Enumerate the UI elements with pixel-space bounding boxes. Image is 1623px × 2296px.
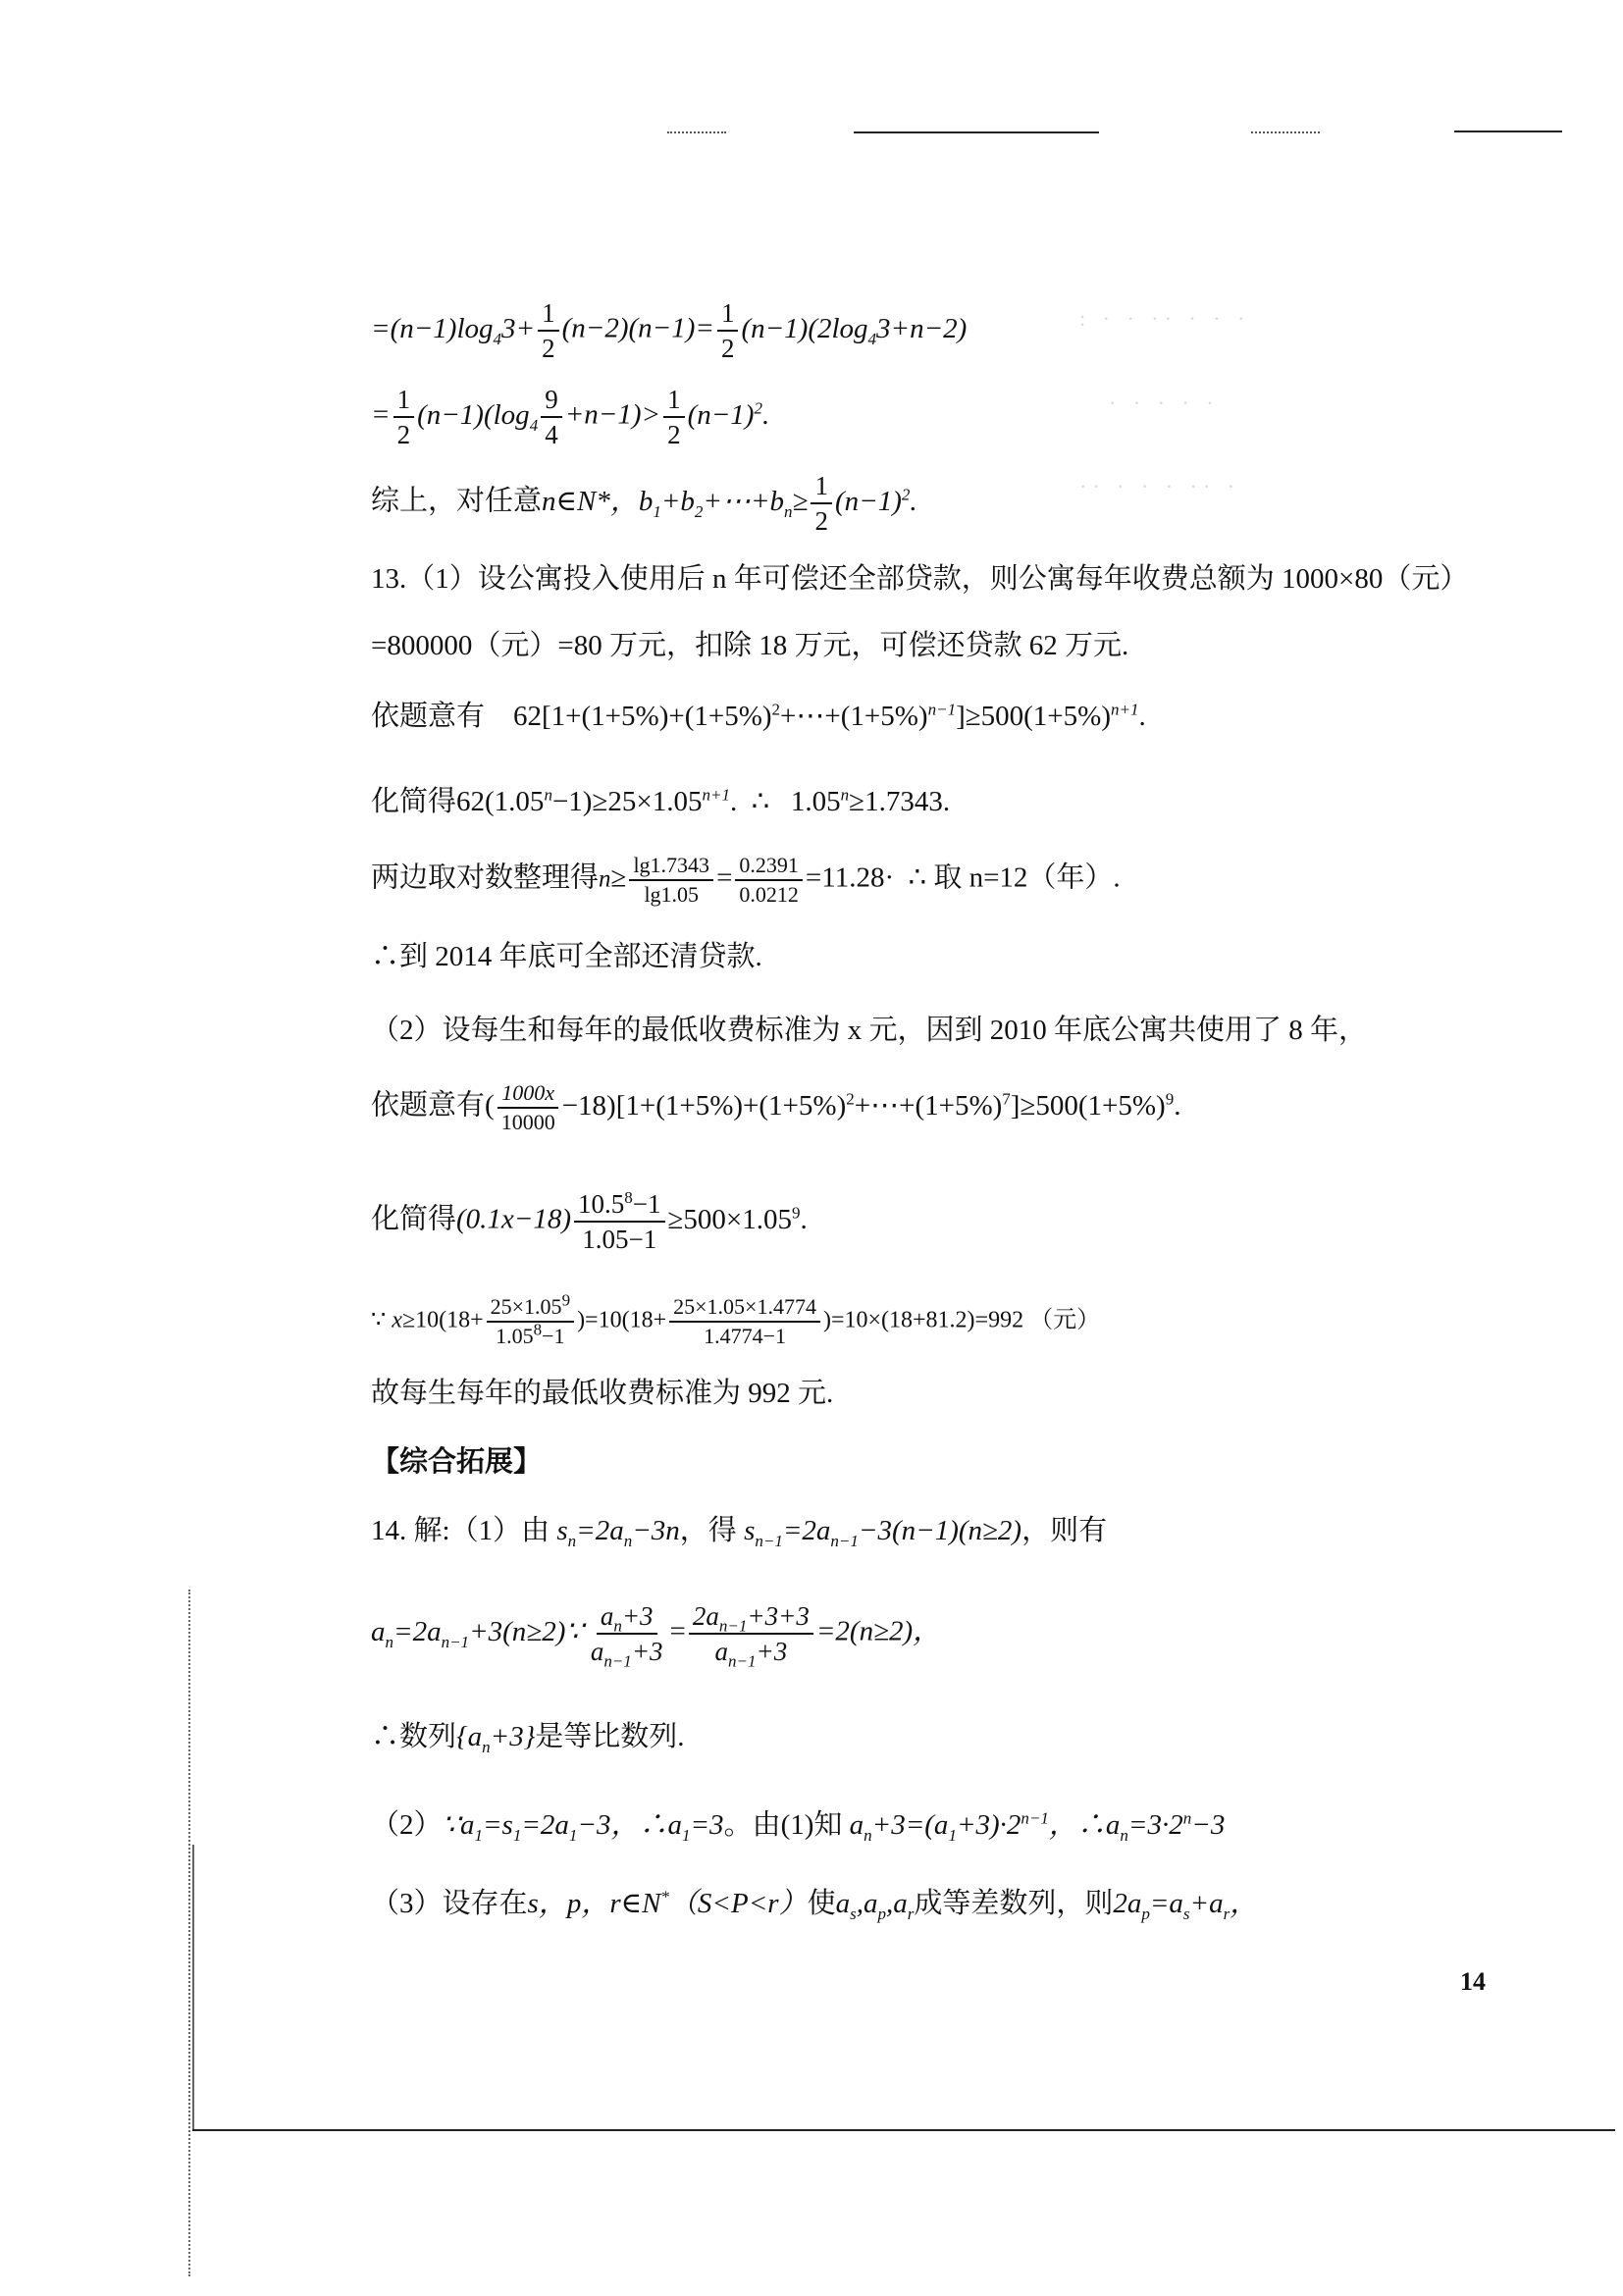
p13-number: 13.	[371, 563, 406, 595]
proof-conclusion: 综上，对任意n∈N*，b1+b2+⋯+bn≥12(n−1)2.	[371, 469, 917, 538]
p14-part1-label: （1）	[450, 1515, 522, 1546]
conclusion-prefix: 综上，对任意	[371, 486, 542, 517]
log-den2: 0.0212	[735, 881, 803, 909]
scan-artifact-top-3	[1251, 131, 1320, 133]
mid: ，得	[680, 1515, 737, 1546]
bleed-through-text: : · · ·· · · ·	[1079, 306, 1250, 332]
scan-artifact-top-4	[1454, 130, 1562, 132]
log-take: ∴ 取 n=12（年）.	[909, 862, 1121, 894]
frac-den: 10000	[497, 1109, 559, 1136]
calc-unit: （元）	[1029, 1308, 1100, 1333]
p14-part3-label: （3）	[371, 1888, 443, 1919]
simplify-den: 1.05−1	[578, 1223, 660, 1256]
p13-part2-intro-text: 设每生和每年的最低收费标准为 x 元，因到 2010 年底公寓共使用了 8 年，	[443, 1015, 1368, 1046]
p13-part1-intro: 13.（1）设公寓投入使用后 n 年可偿还全部贷款，则公寓每年收费总额为 100…	[371, 559, 1468, 599]
p13-part1-simplify: 化简得62(1.05n−1)≥25×1.05n+1. ∴ 1.05n≥1.734…	[371, 782, 950, 821]
line2-right: =2(n≥2)，	[816, 1616, 941, 1647]
calc-tail: )=10×(18+81.2)=992	[823, 1308, 1023, 1333]
simplify-prefix: 化简得	[371, 1204, 456, 1235]
section-heading: 【综合拓展】	[371, 1442, 542, 1482]
scan-artifact-top-2	[854, 131, 1099, 133]
log-prefix: 两边取对数整理得	[371, 862, 599, 894]
text-mid: 使	[808, 1888, 836, 1919]
p13-part1-log: 两边取对数整理得n≥lg1.7343lg1.05=0.23910.0212=11…	[371, 852, 1121, 909]
scan-artifact-top-1	[667, 131, 726, 133]
text-suffix: 成等差数列，则	[914, 1888, 1113, 1919]
setup-prefix: 依题意有	[371, 1090, 485, 1122]
p13-part2-intro: （2）设每生和每年的最低收费标准为 x 元，因到 2010 年底公寓共使用了 8…	[371, 1011, 1367, 1050]
p13-part2-setup: 依题意有(1000x10000−18)[1+(1+5%)+(1+5%)2+⋯+(…	[371, 1079, 1180, 1136]
p13-part2-simplify: 化简得(0.1x−18)10.58−11.05−1≥500×1.059.	[371, 1187, 808, 1256]
p13-part2-label: （2）	[371, 1015, 443, 1046]
p14-part1-line2: an=2an−1+3(n≥2)∵an+3an−1+3=2an−1+3+3an−1…	[371, 1599, 941, 1668]
scan-artifact-left-bracket	[192, 1845, 194, 2129]
suffix: ，则有	[1021, 1515, 1107, 1546]
proof-line-1: =(n−1)log43+12(n−2)(n−1)=12(n−1)(2log43+…	[371, 296, 967, 365]
p13-part1-intro2: =800000（元）=80 万元，扣除 18 万元，可偿还贷款 62 万元.	[371, 626, 1128, 665]
p14-part1-conclusion: ∴数列{an+3}是等比数列.	[371, 1717, 685, 1756]
calc-den2: 1.4774−1	[700, 1323, 790, 1350]
proof-line-2: =12(n−1)(log494+n−1)>12(n−1)2.	[371, 383, 769, 451]
p14-part2: （2）∵a1=s1=2a1−3，∴a1=3。由(1)知 an+3=(a1+3)·…	[371, 1805, 1225, 1845]
prefix: 由	[521, 1515, 550, 1546]
solve-label: 解:	[414, 1515, 450, 1546]
calc-num2: 25×1.05×1.4774	[669, 1293, 820, 1323]
log-den1: lg1.05	[640, 881, 703, 909]
log-num1: lg1.7343	[629, 852, 713, 881]
p13-part1-setup: 依题意有 62[1+(1+5%)+(1+5%)2+⋯+(1+5%)n−1]≥50…	[371, 697, 1146, 736]
log-num2: 0.2391	[735, 852, 803, 881]
p13-part1-intro-text: 设公寓投入使用后 n 年可偿还全部贷款，则公寓每年收费总额为 1000×80（元…	[478, 563, 1469, 595]
p14-part1-line1: 14. 解:（1）由 sn=2an−3n，得 sn−1=2an−1−3(n−1)…	[371, 1511, 1107, 1550]
bleed-through-text: · · · · ·	[1109, 391, 1220, 416]
p14-part2-label: （2）	[371, 1809, 443, 1841]
text-prefix: 设存在	[443, 1888, 528, 1919]
log-result: =11.28	[806, 862, 885, 894]
p13-part1-label: （1）	[406, 563, 478, 595]
p13-part2-conclusion: 故每生每年的最低收费标准为 992 元.	[371, 1374, 833, 1413]
scan-artifact-bottom-rule	[192, 2129, 1615, 2131]
setup-prefix: 依题意有	[371, 701, 485, 732]
scan-artifact-left-margin	[188, 1590, 190, 2276]
simplify-left: (0.1x−18)	[456, 1204, 571, 1235]
p13-part1-conclusion: ∴到 2014 年底可全部还清贷款.	[371, 937, 762, 976]
conclusion-prefix: ∴数列	[371, 1721, 456, 1752]
p14-part3: （3）设存在s，p，r∈N*（S<P<r）使as,ap,ar成等差数列，则2ap…	[371, 1884, 1258, 1923]
bleed-through-text: ·· · · · ·· ·	[1079, 474, 1240, 499]
frac-num: 1000x	[497, 1079, 558, 1109]
p14-number: 14.	[371, 1515, 406, 1546]
simplify-prefix: 化简得	[371, 786, 456, 817]
p13-part2-calc: ∵ x≥10(18+25×1.0591.058−1)=10(18+25×1.05…	[371, 1293, 1100, 1350]
page-number: 14	[1460, 1967, 1486, 1997]
conclusion-suffix: 是等比数列.	[535, 1721, 684, 1752]
